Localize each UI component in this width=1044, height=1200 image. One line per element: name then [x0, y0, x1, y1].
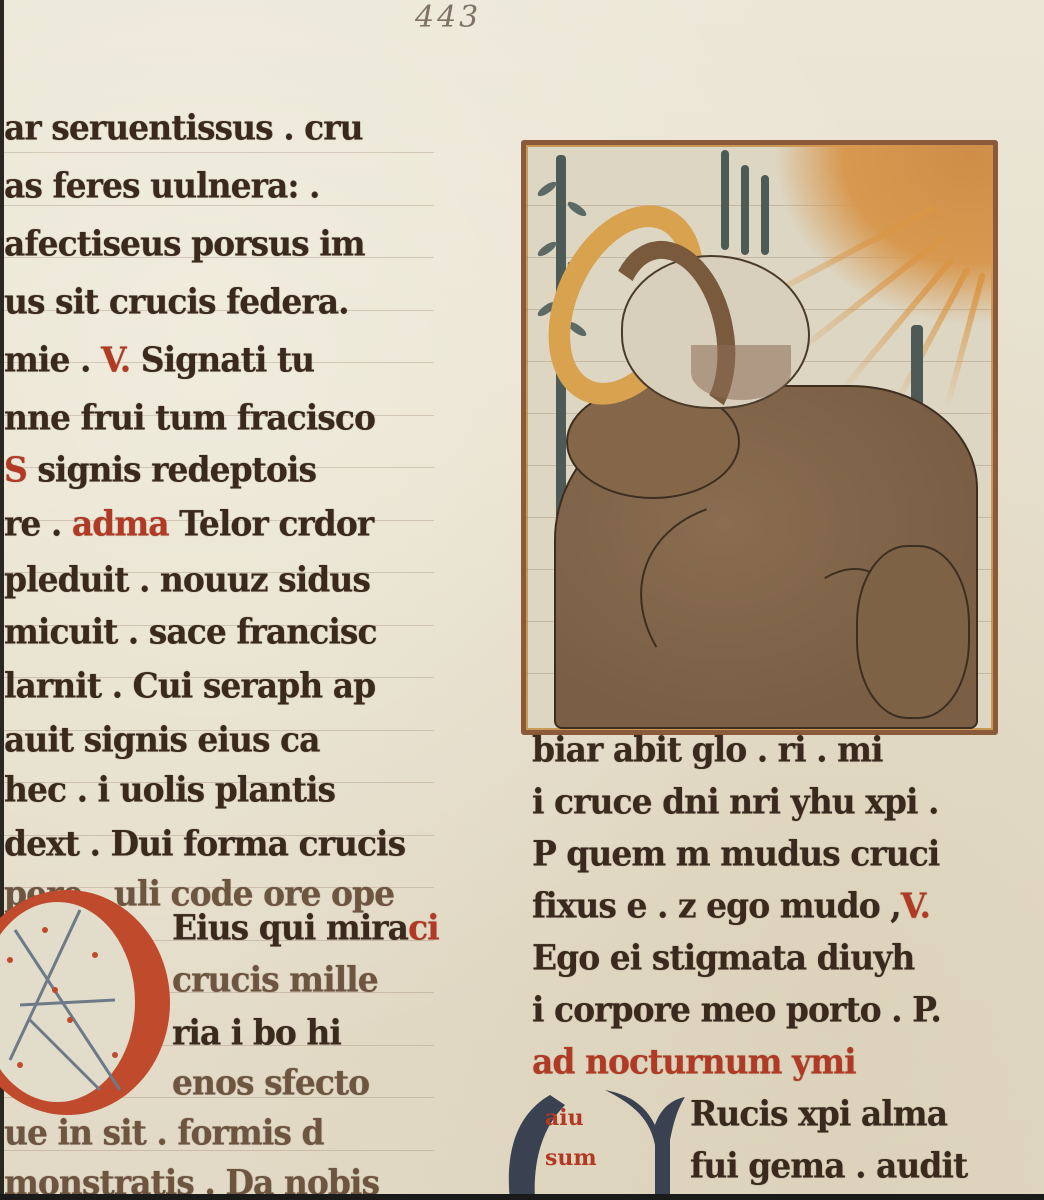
text-line: pleduit . nouuz sidus [4, 559, 370, 600]
text-line: Eius qui miraci [172, 907, 439, 948]
text-line: fixus e . z ego mudo ,V. [532, 885, 930, 926]
text-segment: fixus e . z ego mudo , [532, 885, 901, 926]
text-segment: Telor crdor [179, 503, 373, 544]
text-line: enos sfecto [172, 1062, 369, 1103]
text-line: micuit . sace francisc [4, 611, 377, 652]
miniature-stigmata-of-saint-francis [521, 140, 998, 735]
decorated-initial-v: aiu sum [505, 1085, 685, 1200]
beard [691, 345, 791, 400]
text-segment: ue [4, 1112, 47, 1153]
ruling-line [4, 152, 434, 153]
text-line: ue in sit . formis d [4, 1112, 324, 1153]
rubric-text: ci [408, 907, 439, 948]
folio-number: 443 [415, 0, 481, 35]
text-line: dext . Dui forma crucis [4, 823, 405, 864]
text-line: re . adma Telor crdor [4, 503, 373, 544]
text-line: i cruce dni nri yhu xpi . [532, 781, 938, 822]
initial-v-rubric: aiu [545, 1105, 584, 1131]
text-segment: signis redeptois [37, 449, 316, 490]
rubric-text: adma [72, 503, 169, 544]
decorated-initial-o [0, 890, 170, 1115]
text-line: fui gema . audit [690, 1145, 967, 1186]
text-segment: mie . [4, 339, 90, 380]
text-line: us sit crucis federa. [4, 281, 349, 322]
text-line: mie . V. Signati tu [4, 339, 314, 380]
text-line: as feres uulnera: . [4, 165, 320, 206]
bottom-border [0, 1194, 1044, 1200]
text-segment: Signati tu [141, 339, 314, 380]
text-line: Ego ei stigmata diuyh [532, 937, 914, 978]
rubric-heading: ad nocturnum ymi [532, 1041, 856, 1082]
manuscript-page: 443 ar seruentissus . cru as feres uulne… [0, 0, 1044, 1194]
text-segment: in sit . formis d [58, 1112, 324, 1153]
text-line: larnit . Cui seraph ap [4, 665, 375, 706]
text-line: i corpore meo porto . P. [532, 989, 941, 1030]
text-line: Rucis xpi alma [690, 1093, 947, 1134]
rubric-versicle: V. [101, 339, 130, 380]
text-line: P quem m mudus cruci [532, 833, 939, 874]
praying-hands [856, 545, 970, 719]
text-line: afectiseus porsus im [4, 223, 365, 264]
text-line: hec . i uolis plantis [4, 769, 335, 810]
text-segment: Eius qui mira [172, 907, 408, 948]
text-line: nne frui tum fracisco [4, 397, 375, 438]
text-line: ar seruentissus . cru [4, 107, 363, 148]
text-line: auit signis eius ca [4, 719, 320, 760]
rubric-initial: S [4, 449, 27, 490]
text-line: ria i bo hi [172, 1012, 341, 1053]
initial-v-rubric: sum [545, 1145, 597, 1171]
text-line: S signis redeptois [4, 449, 316, 490]
rubric-versicle: V. [901, 885, 930, 926]
initial-o-filigree-icon [0, 890, 170, 1115]
text-segment: re . [4, 503, 61, 544]
initial-v-glyph-icon: aiu sum [505, 1085, 685, 1200]
plant-icon [721, 150, 729, 250]
text-line: biar abit glo . ri . mi [532, 729, 883, 770]
text-line: crucis mille [172, 959, 378, 1000]
